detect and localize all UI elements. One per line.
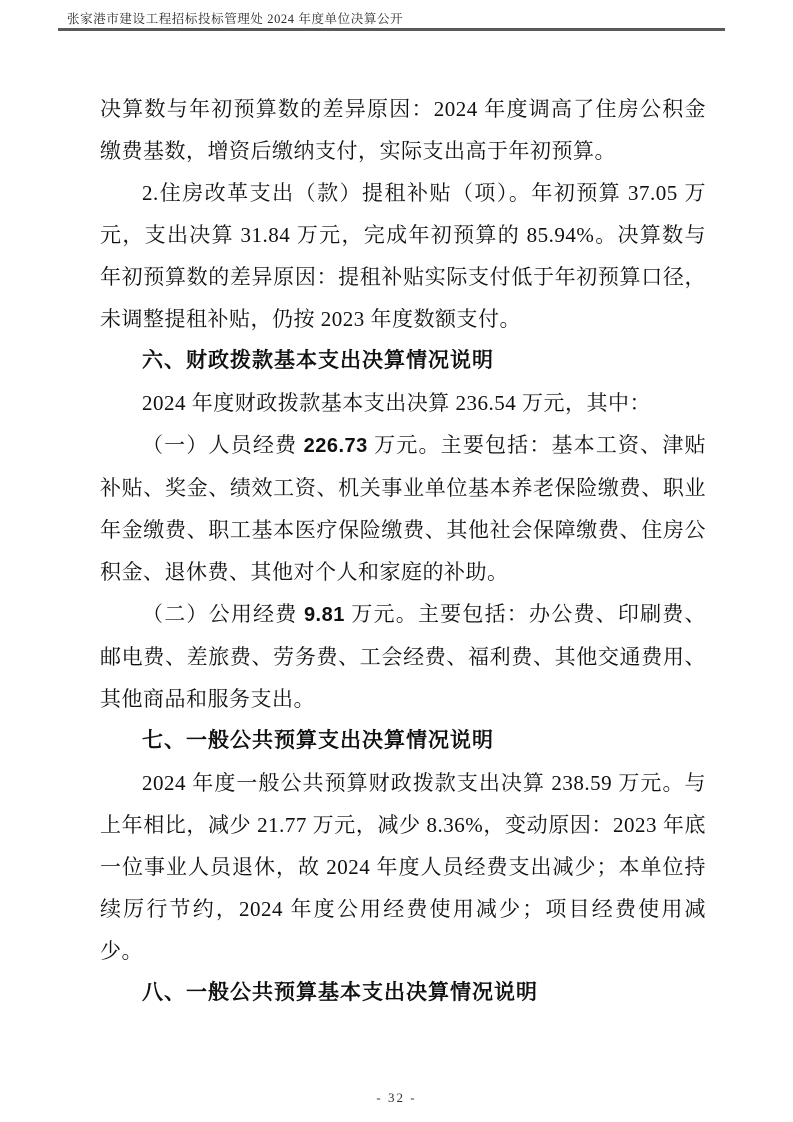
paragraph: （二）公用经费 9.81 万元。主要包括：办公费、印刷费、邮电费、差旅费、劳务费… [100,593,706,720]
text-run: 七、一般公共预算支出决算情况说明 [142,729,494,752]
text-run: 六、财政拨款基本支出决算情况说明 [142,349,494,372]
text-run: 八、一般公共预算基本支出决算情况说明 [142,981,538,1004]
text-run: （二）公用经费 [142,602,304,626]
document-page: 张家港市建设工程招标投标管理处 2024 年度单位决算公开 决算数与年初预算数的… [0,0,793,1122]
text-run: 2024 年度财政拨款基本支出决算 236.54 万元，其中： [142,391,651,415]
section-heading: 八、一般公共预算基本支出决算情况说明 [100,972,706,1014]
section-heading: 七、一般公共预算支出决算情况说明 [100,720,706,762]
amount-value: 9.81 [304,604,345,626]
text-run: 决算数与年初预算数的差异原因：2024 年度调高了住房公积金缴费基数，增资后缴纳… [100,97,706,163]
page-number: - 32 - [0,1090,793,1106]
text-run: 2.住房改革支出（款）提租补贴（项）。年初预算 37.05 万元，支出决算 31… [100,181,706,331]
section-heading: 六、财政拨款基本支出决算情况说明 [100,340,706,382]
paragraph: 2024 年度财政拨款基本支出决算 236.54 万元，其中： [100,382,706,424]
document-header-title: 张家港市建设工程招标投标管理处 2024 年度单位决算公开 [67,9,403,27]
text-run: 2024 年度一般公共预算财政拨款支出决算 238.59 万元。与上年相比，减少… [100,771,706,963]
header-divider-rule [58,28,725,31]
document-body: 决算数与年初预算数的差异原因：2024 年度调高了住房公积金缴费基数，增资后缴纳… [100,88,706,1014]
amount-value: 226.73 [304,435,368,457]
text-run: （一）人员经费 [142,433,304,457]
paragraph: 2.住房改革支出（款）提租补贴（项）。年初预算 37.05 万元，支出决算 31… [100,172,706,340]
paragraph: 决算数与年初预算数的差异原因：2024 年度调高了住房公积金缴费基数，增资后缴纳… [100,88,706,172]
paragraph: （一）人员经费 226.73 万元。主要包括：基本工资、津贴补贴、奖金、绩效工资… [100,424,706,593]
paragraph: 2024 年度一般公共预算财政拨款支出决算 238.59 万元。与上年相比，减少… [100,762,706,972]
